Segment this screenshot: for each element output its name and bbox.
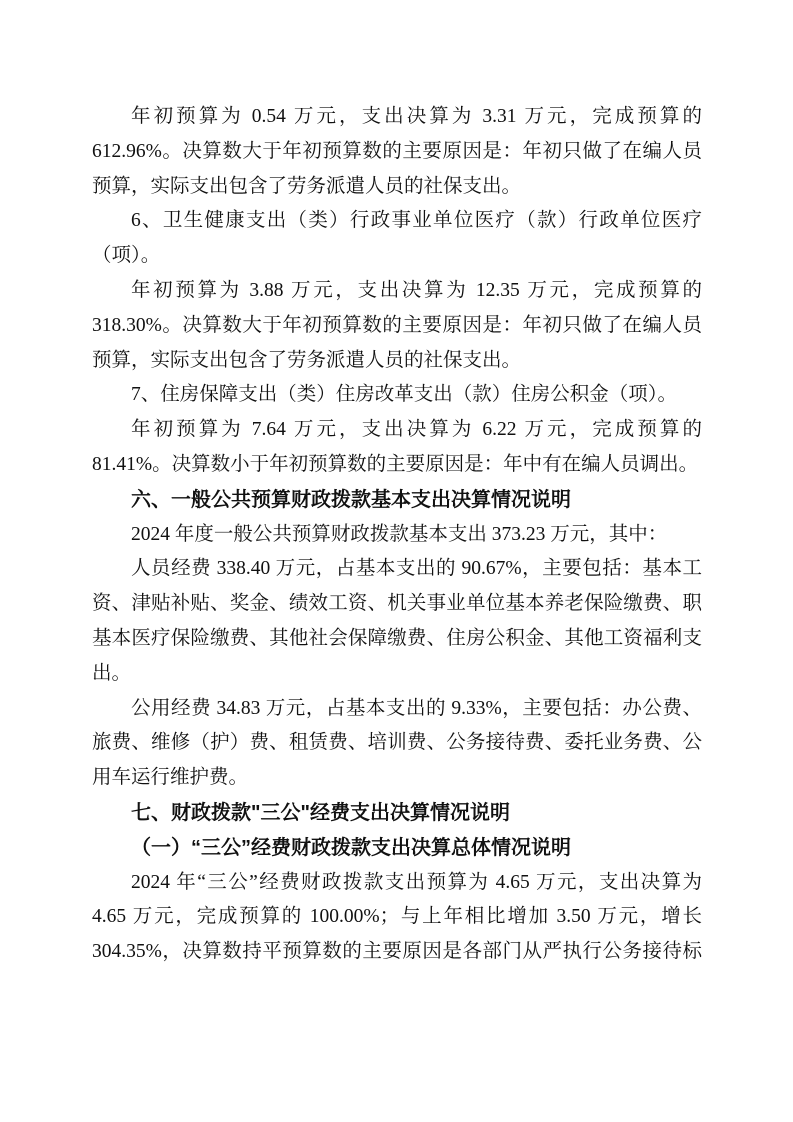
text-line: 预算，实际支出包含了劳务派遣人员的社保支出。 — [92, 344, 702, 379]
heading-line: （一）“三公”经费财政拨款支出决算总体情况说明 — [92, 831, 702, 866]
paragraph: 年初预算为 0.54 万元，支出决算为 3.31 万元，完成预算的612.96%… — [92, 100, 702, 204]
text-line: 人员经费 338.40 万元，占基本支出的 90.67%，主要包括：基本工 — [92, 552, 702, 587]
section-heading: 六、一般公共预算财政拨款基本支出决算情况说明 — [92, 483, 702, 518]
text-line: 旅费、维修（护）费、租赁费、培训费、公务接待费、委托业务费、公务 — [92, 726, 702, 761]
text-line: 年初预算为 3.88 万元，支出决算为 12.35 万元，完成预算的 — [92, 274, 702, 309]
paragraph: 年初预算为 3.88 万元，支出决算为 12.35 万元，完成预算的318.30… — [92, 274, 702, 378]
section-heading: （一）“三公”经费财政拨款支出决算总体情况说明 — [92, 831, 702, 866]
heading-line: 七、财政拨款"三公"经费支出决算情况说明 — [92, 796, 702, 831]
text-line: 612.96%。决算数大于年初预算数的主要原因是：年初只做了在编人员的 — [92, 135, 702, 170]
heading-line: 六、一般公共预算财政拨款基本支出决算情况说明 — [92, 483, 702, 518]
text-line: 4.65 万元，完成预算的 100.00%；与上年相比增加 3.50 万元，增长 — [92, 900, 702, 935]
text-line: 7、住房保障支出（类）住房改革支出（款）住房公积金（项）。 — [92, 378, 702, 413]
text-line: 公用经费 34.83 万元，占基本支出的 9.33%，主要包括：办公费、差 — [92, 692, 702, 727]
text-line: 2024 年“三公”经费财政拨款支出预算为 4.65 万元，支出决算为 — [92, 866, 702, 901]
text-line: 81.41%。决算数小于年初预算数的主要原因是：年中有在编人员调出。 — [92, 448, 702, 483]
text-line: 6、卫生健康支出（类）行政事业单位医疗（款）行政单位医疗 — [92, 204, 702, 239]
paragraph: 2024 年度一般公共预算财政拨款基本支出 373.23 万元，其中： — [92, 518, 702, 553]
text-line: 2024 年度一般公共预算财政拨款基本支出 373.23 万元，其中： — [92, 518, 702, 553]
paragraph: 2024 年“三公”经费财政拨款支出预算为 4.65 万元，支出决算为4.65 … — [92, 866, 702, 970]
text-line: 年初预算为 7.64 万元，支出决算为 6.22 万元，完成预算的 — [92, 413, 702, 448]
paragraph: 6、卫生健康支出（类）行政事业单位医疗（款）行政单位医疗（项）。 — [92, 204, 702, 274]
text-line: 出。 — [92, 657, 702, 692]
document-content: 年初预算为 0.54 万元，支出决算为 3.31 万元，完成预算的612.96%… — [92, 100, 702, 970]
text-line: 304.35%，决算数持平预算数的主要原因是各部门从严执行公务接待标 — [92, 935, 702, 970]
text-line: （项）。 — [92, 239, 702, 274]
section-heading: 七、财政拨款"三公"经费支出决算情况说明 — [92, 796, 702, 831]
text-line: 预算，实际支出包含了劳务派遣人员的社保支出。 — [92, 170, 702, 205]
paragraph: 年初预算为 7.64 万元，支出决算为 6.22 万元，完成预算的81.41%。… — [92, 413, 702, 483]
text-line: 资、津贴补贴、奖金、绩效工资、机关事业单位基本养老保险缴费、职工 — [92, 587, 702, 622]
document-page: 年初预算为 0.54 万元，支出决算为 3.31 万元，完成预算的612.96%… — [0, 0, 793, 1122]
text-line: 用车运行维护费。 — [92, 761, 702, 796]
text-line: 年初预算为 0.54 万元，支出决算为 3.31 万元，完成预算的 — [92, 100, 702, 135]
paragraph: 7、住房保障支出（类）住房改革支出（款）住房公积金（项）。 — [92, 378, 702, 413]
text-line: 基本医疗保险缴费、其他社会保障缴费、住房公积金、其他工资福利支 — [92, 622, 702, 657]
paragraph: 人员经费 338.40 万元，占基本支出的 90.67%，主要包括：基本工资、津… — [92, 552, 702, 691]
paragraph: 公用经费 34.83 万元，占基本支出的 9.33%，主要包括：办公费、差旅费、… — [92, 692, 702, 796]
text-line: 318.30%。决算数大于年初预算数的主要原因是：年初只做了在编人员的 — [92, 309, 702, 344]
